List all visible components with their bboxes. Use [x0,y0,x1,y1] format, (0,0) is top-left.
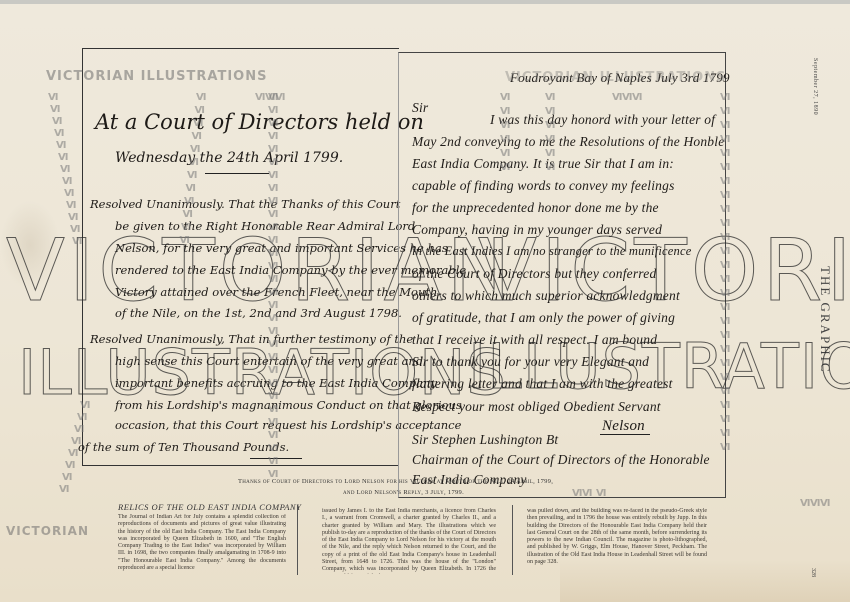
watermark-vi-mark: VI [268,326,277,337]
watermark-vi-mark: VI [500,106,509,117]
watermark-vi-mark: VI [64,188,73,199]
watermark-vi-mark: VI [268,313,277,324]
watermark-vi-mark: VI [545,162,554,173]
watermark-vi-mark: VI [268,274,277,285]
watermark-victorian-right: VICTORIAN [478,228,850,314]
watermark-vi-mark: VI [65,460,74,471]
letter-signature: Nelson [602,418,645,435]
watermark-vi-mark: VI [810,498,819,509]
watermark-vi-mark: VI [820,498,829,509]
watermark-vi-mark: VI [71,436,80,447]
watermark-vi-mark: VI [500,120,509,131]
divider-rule [205,173,269,174]
signature-flourish [600,434,650,435]
watermark-vi-mark: VI [193,118,202,129]
watermark-vi-mark: VI [60,164,69,175]
article-column-2: issued by James I. to the East India mer… [322,508,496,574]
letter-line: I was this day honord with your letter o… [490,112,715,128]
watermark-vi-mark: VI [720,162,729,173]
watermark-vi-mark: VI [632,92,641,103]
watermark-vi-mark: VI [720,120,729,131]
watermark-vi-mark: VI [500,162,509,173]
watermark-vi-mark: VI [268,352,277,363]
illustration-caption-line1: Thanks of Court of Directors to Lord Nel… [238,478,553,485]
watermark-vi-mark: VI [66,200,75,211]
watermark-vi-mark: VI [268,391,277,402]
resolution-line: of the sum of Ten Thousand Pounds. [78,440,289,454]
watermark-vi-mark: VI [720,288,729,299]
watermark-vi-mark: VI [720,442,729,453]
watermark-vi-mark: VI [720,246,729,257]
watermark-vi-mark: VI [268,417,277,428]
watermark-vi-mark: VI [70,224,79,235]
watermark-vi-mark: VI [68,448,77,459]
watermark-vi-mark: VI [582,488,591,499]
watermark-vi-mark: VI [268,183,277,194]
watermark-vi-mark: VI [268,222,277,233]
watermark-vi-mark: VI [720,218,729,229]
watermark-vi-mark: VI [720,358,729,369]
watermark-vi-mark: VI [77,412,86,423]
watermark-vi-mark: VI [268,430,277,441]
watermark-vi-mark: VI [720,106,729,117]
watermark-vi-mark: VI [500,134,509,145]
watermark-vi-mark: VI [622,92,631,103]
watermark-vi-mark: VI [268,365,277,376]
watermark-vi-mark: VI [268,235,277,246]
watermark-vi-mark: VI [720,190,729,201]
letter-line: capable of finding words to convey my fe… [412,178,675,194]
watermark-vi-mark: VI [268,248,277,259]
article-column-3: was pulled down, and the building was re… [527,508,707,574]
watermark-vi-mark: VI [720,232,729,243]
letter-salutation: Sir [412,100,428,116]
watermark-vi-mark: VI [268,144,277,155]
watermark-vi-mark: VI [195,105,204,116]
resolution-line: Resolved Unanimously. That the Thanks of… [90,197,400,211]
watermark-vi-mark: VI [500,148,509,159]
watermark-vi-mark: VI [545,148,554,159]
watermark-vi-mark: VI [720,204,729,215]
letter-line: May 2nd conveying to me the Resolutions … [412,134,724,150]
watermark-vi-mark: VI [62,472,71,483]
watermark-label: VICTORIAN ILLUSTRATIONS [505,70,726,85]
watermark-vi-mark: VI [189,157,198,168]
watermark-vi-mark: VI [62,176,71,187]
watermark-vi-mark: VI [268,378,277,389]
watermark-vi-mark: VI [596,488,605,499]
watermark-vi-mark: VI [720,386,729,397]
watermark-victorian-left: VICTORIAN [6,228,515,314]
watermark-vi-mark: VI [56,140,65,151]
watermark-vi-mark: VI [181,222,190,233]
watermark-vi-mark: VI [545,106,554,117]
letter-line: for the unprecedented honor done me by t… [412,200,659,216]
watermark-vi-mark: VI [275,92,284,103]
watermark-vi-mark: VI [54,128,63,139]
watermark-vi-mark: VI [268,443,277,454]
watermark-vi-mark: VI [720,330,729,341]
watermark-vi-mark: VI [192,131,201,142]
addressee-line: Chairman of the Court of Directors of th… [412,452,710,468]
watermark-vi-mark: VI [265,92,274,103]
watermark-vi-mark: VI [268,339,277,350]
watermark-vi-mark: VI [268,469,277,480]
watermark-vi-mark: VI [50,104,59,115]
watermark-vi-mark: VI [268,456,277,467]
page-number: 328 [810,568,816,577]
watermark-vi-mark: VI [268,404,277,415]
watermark-vi-mark: VI [196,92,205,103]
watermark-vi-mark: VI [500,92,509,103]
illustration-caption-line2: and Lord Nelson's Reply, 3 July, 1799. [343,489,464,496]
watermark-vi-mark: VI [268,287,277,298]
watermark-vi-mark: VI [268,300,277,311]
watermark-vi-mark: VI [720,414,729,425]
watermark-vi-mark: VI [268,170,277,181]
watermark-vi-mark: VI [720,260,729,271]
watermark-vi-mark: VI [720,400,729,411]
watermark-vi-mark: VI [180,235,189,246]
watermark-vi-mark: VI [52,116,61,127]
watermark-vi-mark: VI [184,196,193,207]
watermark-vi-mark: VI [183,209,192,220]
scan-edge [0,0,850,4]
watermark-vi-mark: VI [720,134,729,145]
watermark-vi-mark: VI [268,118,277,129]
watermark-vi-mark: VI [59,484,68,495]
watermark-vi-mark: VI [612,92,621,103]
watermark-vi-mark: VI [800,498,809,509]
watermark-vi-mark: VI [720,372,729,383]
watermark-vi-mark: VI [720,176,729,187]
article-title: RELICS OF THE OLD EAST INDIA COMPANY [118,502,301,512]
watermark-vi-mark: VI [268,196,277,207]
watermark-vi-mark: VI [720,92,729,103]
watermark-bottom-label: VICTORIAN [6,524,89,538]
article-column-1: The Journal of Indian Art for July conta… [118,514,286,576]
newspaper-page: September 27, 1890 THE GRAPHIC 328 At a … [0,0,850,602]
watermark-vi-mark: VI [572,488,581,499]
watermark-illustrations-left: ILLUSTRATIONS [18,342,507,404]
watermark-vi-mark: VI [80,400,89,411]
watermark-vi-mark: VI [720,428,729,439]
watermark-vi-mark: VI [68,212,77,223]
watermark-vi-mark: VI [545,134,554,145]
watermark-vi-mark: VI [268,157,277,168]
watermark-vi-mark: VI [720,302,729,313]
running-head-date: September 27, 1890 [812,58,818,115]
column-rule [297,505,298,575]
watermark-vi-mark: VI [186,183,195,194]
letter-line: East India Company. It is true Sir that … [412,156,674,172]
watermark-vi-mark: VI [190,144,199,155]
watermark-vi-mark: VI [255,92,264,103]
watermark-vi-mark: VI [48,92,57,103]
watermark-vi-mark: VI [58,152,67,163]
watermark-vi-mark: VI [720,148,729,159]
column-rule [512,505,513,575]
watermark-vi-mark: VI [74,424,83,435]
watermark-illustrations-right: ILLUSTRATIONS [468,336,850,398]
watermark-label: VICTORIAN ILLUSTRATIONS [46,69,267,84]
watermark-vi-mark: VI [268,209,277,220]
watermark-vi-mark: VI [720,316,729,327]
watermark-vi-mark: VI [268,261,277,272]
watermark-vi-mark: VI [268,105,277,116]
watermark-vi-mark: VI [187,170,196,181]
resolution-heading: At a Court of Directors held on [95,110,424,134]
watermark-vi-mark: VI [720,274,729,285]
resolution-date: Wednesday the 24th April 1799. [115,150,343,166]
watermark-vi-mark: VI [268,131,277,142]
addressee-line: Sir Stephen Lushington Bt [412,432,558,448]
watermark-vi-mark: VI [545,120,554,131]
watermark-vi-mark: VI [720,344,729,355]
watermark-vi-mark: VI [545,92,554,103]
watermark-vi-mark: VI [72,236,81,247]
